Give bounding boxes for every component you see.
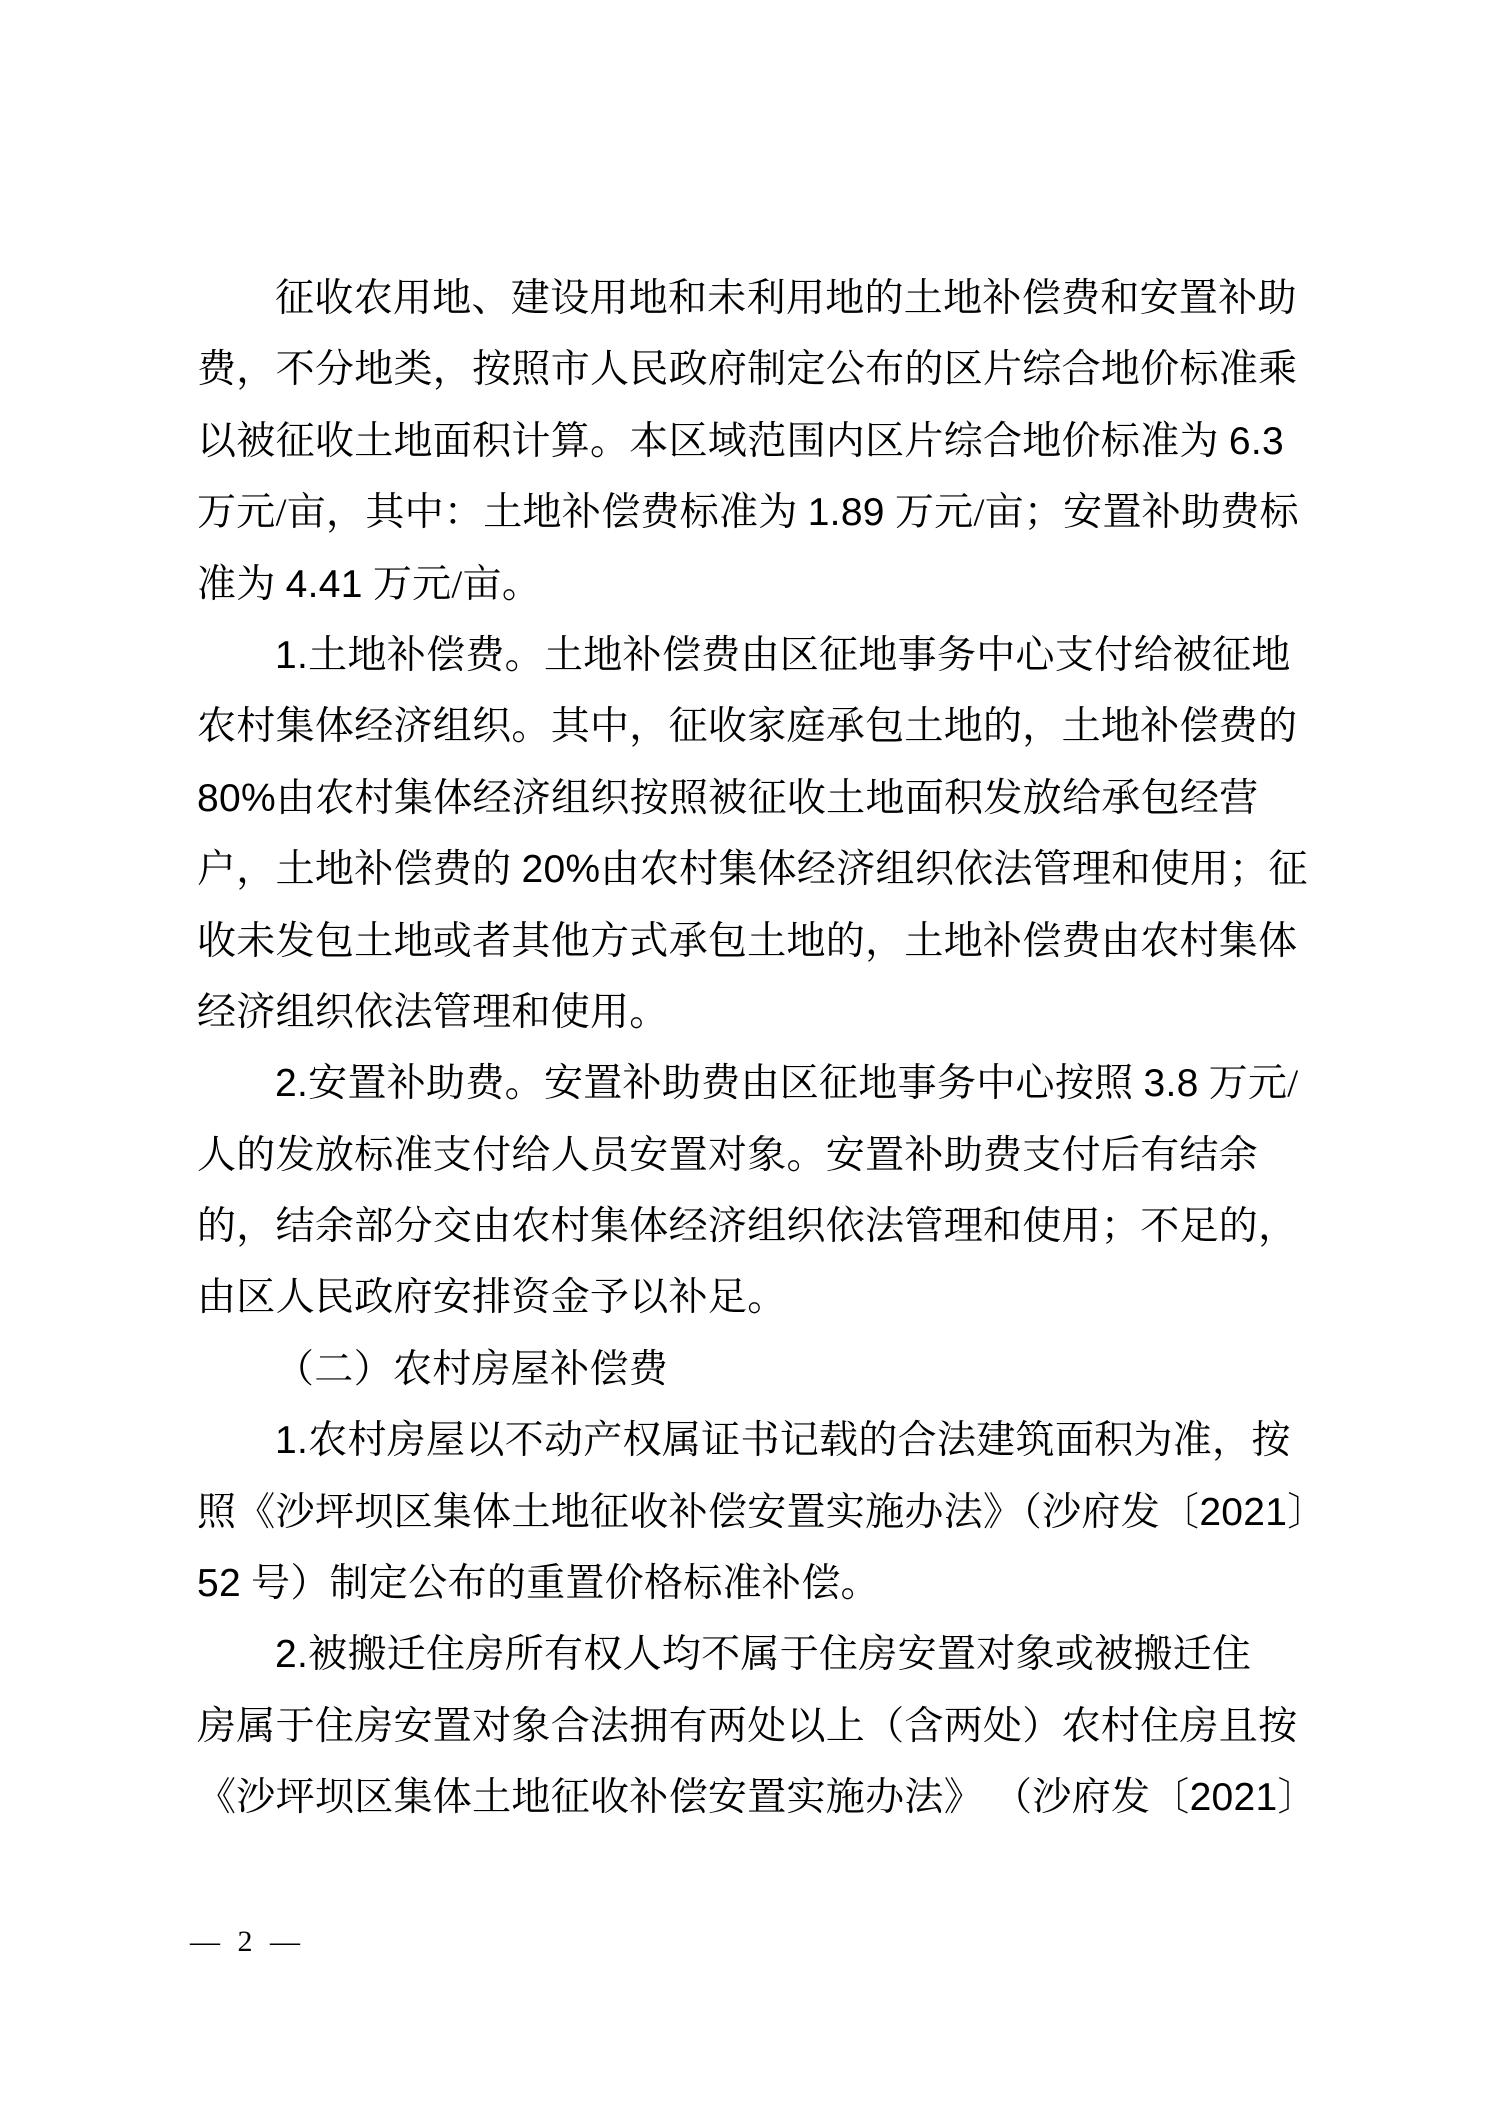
text-line: 经济组织依法管理和使用。 <box>197 977 1298 1048</box>
numeric-text: 2. <box>275 1633 308 1676</box>
text-line: 《沙坪坝区集体土地征收补偿安置实施办法》 （沙府发〔2021〕 <box>197 1762 1298 1833</box>
numeric-text: 6.3 <box>1229 420 1284 463</box>
text-line: 房属于住房安置对象合法拥有两处以上（含两处）农村住房且按 <box>197 1691 1298 1762</box>
text-line: 费，不分地类，按照市人民政府制定公布的区片综合地价标准乘 <box>197 334 1298 405</box>
text-line: 由区人民政府安排资金予以补足。 <box>197 1262 1298 1333</box>
page-number: — 2 — <box>190 1924 305 1960</box>
text-line: 以被征收土地面积计算。本区域范围内区片综合地价标准为 6.3 <box>197 406 1298 477</box>
text-line: 照《沙坪坝区集体土地征收补偿安置实施办法》（沙府发〔2021〕 <box>197 1477 1298 1548</box>
paragraph: （二）农村房屋补偿费 <box>197 1334 1298 1405</box>
paragraph: 2.安置补助费。安置补助费由区征地事务中心按照 3.8 万元/人的发放标准支付给… <box>197 1048 1298 1334</box>
text-line: 农村集体经济组织。其中，征收家庭承包土地的，土地补偿费的 <box>197 691 1298 762</box>
text-line: 准为 4.41 万元/亩。 <box>197 549 1298 620</box>
numeric-text: 1.89 <box>808 491 885 534</box>
text-line: 52 号）制定公布的重置价格标准补偿。 <box>197 1548 1298 1619</box>
text-line: 1.土地补偿费。土地补偿费由区征地事务中心支付给被征地 <box>197 620 1298 691</box>
text-line: 万元/亩，其中：土地补偿费标准为 1.89 万元/亩；安置补助费标 <box>197 477 1298 548</box>
numeric-text: 52 <box>197 1562 241 1605</box>
numeric-text: 20% <box>521 848 600 891</box>
numeric-text: 3.8 <box>1144 1062 1199 1105</box>
numeric-text: 4.41 <box>286 563 363 606</box>
paragraph: 征收农用地、建设用地和未利用地的土地补偿费和安置补助费，不分地类，按照市人民政府… <box>197 263 1298 620</box>
text-line: 户，土地补偿费的 20%由农村集体经济组织依法管理和使用；征 <box>197 834 1298 905</box>
text-line: （二）农村房屋补偿费 <box>197 1334 1298 1405</box>
text-line: 的，结余部分交由农村集体经济组织依法管理和使用；不足的， <box>197 1191 1298 1262</box>
numeric-text: 2. <box>275 1062 308 1105</box>
numeric-text: 1. <box>275 634 308 677</box>
numeric-text: 2021 <box>1199 1491 1287 1534</box>
text-line: 人的发放标准支付给人员安置对象。安置补助费支付后有结余 <box>197 1120 1298 1191</box>
numeric-text: 80% <box>197 777 276 820</box>
text-line: 收未发包土地或者其他方式承包土地的，土地补偿费由农村集体 <box>197 906 1298 977</box>
paragraph: 1.农村房屋以不动产权属证书记载的合法建筑面积为准，按照《沙坪坝区集体土地征收补… <box>197 1405 1298 1619</box>
numeric-text: 2021 <box>1190 1776 1278 1819</box>
paragraph: 2.被搬迁住房所有权人均不属于住房安置对象或被搬迁住房属于住房安置对象合法拥有两… <box>197 1619 1298 1833</box>
paragraph: 1.土地补偿费。土地补偿费由区征地事务中心支付给被征地农村集体经济组织。其中，征… <box>197 620 1298 1048</box>
text-line: 1.农村房屋以不动产权属证书记载的合法建筑面积为准，按 <box>197 1405 1298 1476</box>
text-line: 2.安置补助费。安置补助费由区征地事务中心按照 3.8 万元/ <box>197 1048 1298 1119</box>
text-line: 2.被搬迁住房所有权人均不属于住房安置对象或被搬迁住 <box>197 1619 1298 1690</box>
document-body: 征收农用地、建设用地和未利用地的土地补偿费和安置补助费，不分地类，按照市人民政府… <box>197 263 1298 1834</box>
numeric-text: 1. <box>275 1419 308 1462</box>
text-line: 征收农用地、建设用地和未利用地的土地补偿费和安置补助 <box>197 263 1298 334</box>
text-line: 80%由农村集体经济组织按照被征收土地面积发放给承包经营 <box>197 763 1298 834</box>
document-page: 征收农用地、建设用地和未利用地的土地补偿费和安置补助费，不分地类，按照市人民政府… <box>0 0 1487 2104</box>
